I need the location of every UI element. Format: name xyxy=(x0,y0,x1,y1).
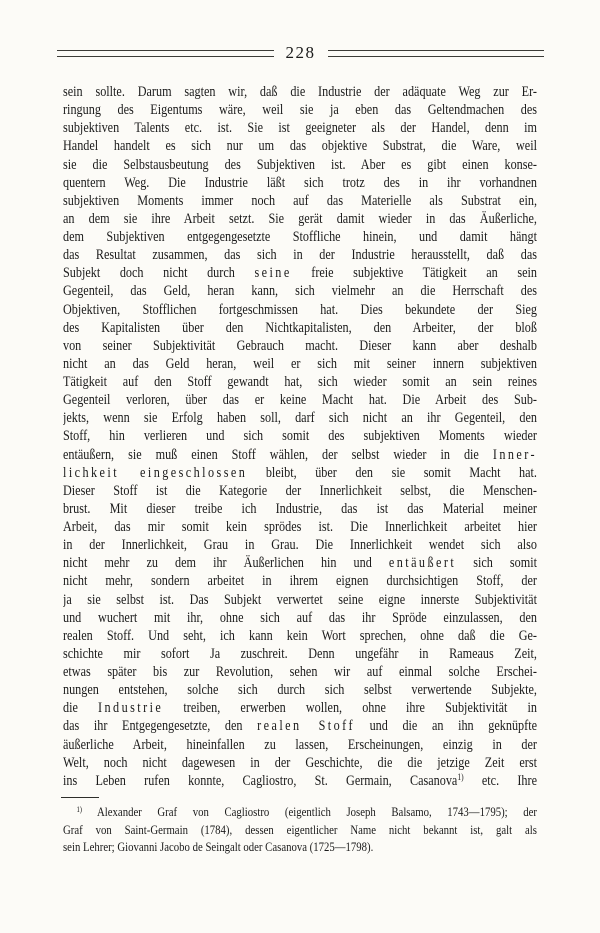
text-line: von seiner Subjektivität Gebrauch macht.… xyxy=(63,337,537,355)
text-segment: dem Subjektiven entgegengesetzte Stoffli… xyxy=(63,229,537,245)
page-number: 228 xyxy=(274,44,328,61)
text-line: ringung des Eigentums wäre, weil sie ja … xyxy=(63,101,537,119)
text-line: Stoff, hin verlieren und sich somit des … xyxy=(63,427,537,445)
header-rule-left xyxy=(57,50,274,57)
text-line: subjektiven Talents etc. ist. Sie ist ge… xyxy=(63,119,537,137)
text-segment: das ihr Entgegengesetzte, den xyxy=(63,718,257,734)
text-line: nungen entstehen, solche sich durch sich… xyxy=(63,681,537,699)
header-rule-right xyxy=(328,50,545,57)
text-line: dem Subjektiven entgegengesetzte Stoffli… xyxy=(63,228,537,246)
emphasized-text: entäußert xyxy=(389,555,456,571)
text-segment: brust. Mit dieser treibe ich Industrie, … xyxy=(63,501,537,517)
text-line: sein sollte. Darum sagten wir, daß die I… xyxy=(63,83,537,101)
text-segment: entäußern, sie muß einen Stoff wählen, d… xyxy=(63,447,493,463)
text-segment: sich somit xyxy=(456,555,537,571)
text-segment: und die an ihn geknüpfte xyxy=(355,718,537,734)
text-line: das ihr Entgegengesetzte, den realen Sto… xyxy=(63,717,537,735)
text-segment: des Kapitalisten über den Nichtkapitalis… xyxy=(63,320,537,336)
text-line: quentern Weg. Die Industrie läßt sich tr… xyxy=(63,174,537,192)
text-segment: sie die Selbstausbeutung des Subjektiven… xyxy=(63,157,537,173)
text-segment: etc. Ihre xyxy=(464,773,537,789)
emphasized-text: lichkeit eingeschlossen xyxy=(63,465,247,481)
text-segment: etwas später bis zur Revolution, sehen w… xyxy=(63,664,537,680)
text-segment: Objektiven, Stofflichen fortgeschmissen … xyxy=(63,302,537,318)
text-segment: ringung des Eigentums wäre, weil sie ja … xyxy=(63,102,537,118)
text-segment: nicht mehr zu dem ihr Äußerlichen hin un… xyxy=(63,555,389,571)
text-segment: nicht mehr, sondern arbeitet in ihrem ei… xyxy=(63,573,537,589)
text-segment: äußerliche Arbeit, hineinfallen zu lasse… xyxy=(63,737,537,753)
text-segment: Dieser Stoff ist die Kategorie der Inner… xyxy=(63,483,537,499)
text-segment: Stoff, hin verlieren und sich somit des … xyxy=(63,428,537,444)
text-segment: sein sollte. Darum sagten wir, daß die I… xyxy=(63,84,537,100)
text-line: nicht mehr, sondern arbeitet in ihrem ei… xyxy=(63,572,537,590)
text-segment: das Resultat zusammen, das sich in der I… xyxy=(63,247,537,263)
text-line: und wuchert mit ihr, ohne sich auf das i… xyxy=(63,609,537,627)
text-segment: sein Lehrer; Giovanni Jacobo de Seingalt… xyxy=(63,840,373,854)
text-segment: an dem sie ihre Arbeit setzt. Sie gerät … xyxy=(63,211,537,227)
emphasized-text: realen Stoff xyxy=(257,718,355,734)
text-line: äußerliche Arbeit, hineinfallen zu lasse… xyxy=(63,736,537,754)
emphasized-text: seine xyxy=(254,265,291,281)
text-segment: quentern Weg. Die Industrie läßt sich tr… xyxy=(63,175,537,191)
text-segment: Alexander Graf von Cagliostro (eigentlic… xyxy=(82,805,537,819)
footnote-rule xyxy=(61,797,99,798)
text-line: in der Innerlichkeit, Grau in Grau. Die … xyxy=(63,536,537,554)
text-line: ins Leben rufen konnte, Cagliostro, St. … xyxy=(63,772,537,790)
emphasized-text: Inner- xyxy=(493,447,537,463)
text-segment: ins Leben rufen konnte, Cagliostro, St. … xyxy=(63,773,457,789)
footnote: 1) Alexander Graf von Cagliostro (eigent… xyxy=(63,804,537,857)
text-segment: subjektiven Moments immer noch auf das M… xyxy=(63,193,537,209)
body-text: sein sollte. Darum sagten wir, daß die I… xyxy=(63,83,537,790)
page-header: 228 xyxy=(57,44,544,62)
text-segment: Gegenteil verloren, über das er keine Ma… xyxy=(63,392,537,408)
text-line: nicht mehr zu dem ihr Äußerlichen hin un… xyxy=(63,554,537,572)
text-segment: treiben, erwerben wollen, ohne ihre Subj… xyxy=(163,700,537,716)
text-line: ja sie selbst ist. Das Subjekt verwertet… xyxy=(63,591,537,609)
text-line: des Kapitalisten über den Nichtkapitalis… xyxy=(63,319,537,337)
text-line: Dieser Stoff ist die Kategorie der Inner… xyxy=(63,482,537,500)
text-line: sie die Selbstausbeutung des Subjektiven… xyxy=(63,156,537,174)
text-segment: in der Innerlichkeit, Grau in Grau. Die … xyxy=(63,537,537,553)
text-segment: Welt, noch nicht dagewesen in der Geschi… xyxy=(63,755,537,771)
text-line: Subjekt doch nicht durch seine freie sub… xyxy=(63,264,537,282)
text-segment: von seiner Subjektivität Gebrauch macht.… xyxy=(63,338,537,354)
text-segment: freie subjektive Tätigkeit an sein xyxy=(292,265,537,281)
text-segment: nungen entstehen, solche sich durch sich… xyxy=(63,682,537,698)
text-line: die Industrie treiben, erwerben wollen, … xyxy=(63,699,537,717)
text-segment: Subjekt doch nicht durch xyxy=(63,265,254,281)
text-segment: bleibt, über den sie somit Macht hat. xyxy=(247,465,537,481)
text-segment: subjektiven Talents etc. ist. Sie ist ge… xyxy=(63,120,537,136)
text-line: das Resultat zusammen, das sich in der I… xyxy=(63,246,537,264)
text-line: Tätigkeit auf den Stoff gewandt hat, sic… xyxy=(63,373,537,391)
text-segment: Graf von Saint-Germain (1784), dessen ei… xyxy=(63,823,537,837)
text-line: Objektiven, Stofflichen fortgeschmissen … xyxy=(63,301,537,319)
text-line: schichte mir sofort Ja zuschreit. Denn u… xyxy=(63,645,537,663)
footnote-marker: 1) xyxy=(457,772,463,782)
text-segment: Handel handelt es sich nur um das objekt… xyxy=(63,138,537,154)
text-line: Arbeit, das mir somit kein sprödes ist. … xyxy=(63,518,537,536)
text-line: subjektiven Moments immer noch auf das M… xyxy=(63,192,537,210)
text-segment: Tätigkeit auf den Stoff gewandt hat, sic… xyxy=(63,374,537,390)
text-segment: und wuchert mit ihr, ohne sich auf das i… xyxy=(63,610,537,626)
text-line: brust. Mit dieser treibe ich Industrie, … xyxy=(63,500,537,518)
text-line: realen Stoff. Und seht, ich kann kein Wo… xyxy=(63,627,537,645)
text-segment: realen Stoff. Und seht, ich kann kein Wo… xyxy=(63,628,537,644)
text-line: jekts, wenn sie Erfolg haben soll, darf … xyxy=(63,409,537,427)
text-line: Welt, noch nicht dagewesen in der Geschi… xyxy=(63,754,537,772)
emphasized-text: Industrie xyxy=(98,700,163,716)
text-line: nicht an das Geld heran, weil er sich mi… xyxy=(63,355,537,373)
text-segment: jekts, wenn sie Erfolg haben soll, darf … xyxy=(63,410,537,426)
book-page: 228 sein sollte. Darum sagten wir, daß d… xyxy=(0,0,600,933)
text-line: Gegenteil, das Geld, heran kann, sich vi… xyxy=(63,282,537,300)
footnote-line: 1) Alexander Graf von Cagliostro (eigent… xyxy=(63,804,537,822)
footnote-line: Graf von Saint-Germain (1784), dessen ei… xyxy=(63,822,537,840)
text-segment: die xyxy=(63,700,98,716)
text-line: entäußern, sie muß einen Stoff wählen, d… xyxy=(63,446,537,464)
text-segment: Arbeit, das mir somit kein sprödes ist. … xyxy=(63,519,537,535)
footnote-marker: 1) xyxy=(76,805,82,814)
text-segment: schichte mir sofort Ja zuschreit. Denn u… xyxy=(63,646,537,662)
text-line: etwas später bis zur Revolution, sehen w… xyxy=(63,663,537,681)
text-segment: nicht an das Geld heran, weil er sich mi… xyxy=(63,356,537,372)
text-line: Gegenteil verloren, über das er keine Ma… xyxy=(63,391,537,409)
footnote-line: sein Lehrer; Giovanni Jacobo de Seingalt… xyxy=(63,839,537,857)
text-line: Handel handelt es sich nur um das objekt… xyxy=(63,137,537,155)
text-segment: ja sie selbst ist. Das Subjekt verwertet… xyxy=(63,592,537,608)
text-line: an dem sie ihre Arbeit setzt. Sie gerät … xyxy=(63,210,537,228)
text-segment: Gegenteil, das Geld, heran kann, sich vi… xyxy=(63,283,537,299)
text-line: lichkeit eingeschlossen bleibt, über den… xyxy=(63,464,537,482)
